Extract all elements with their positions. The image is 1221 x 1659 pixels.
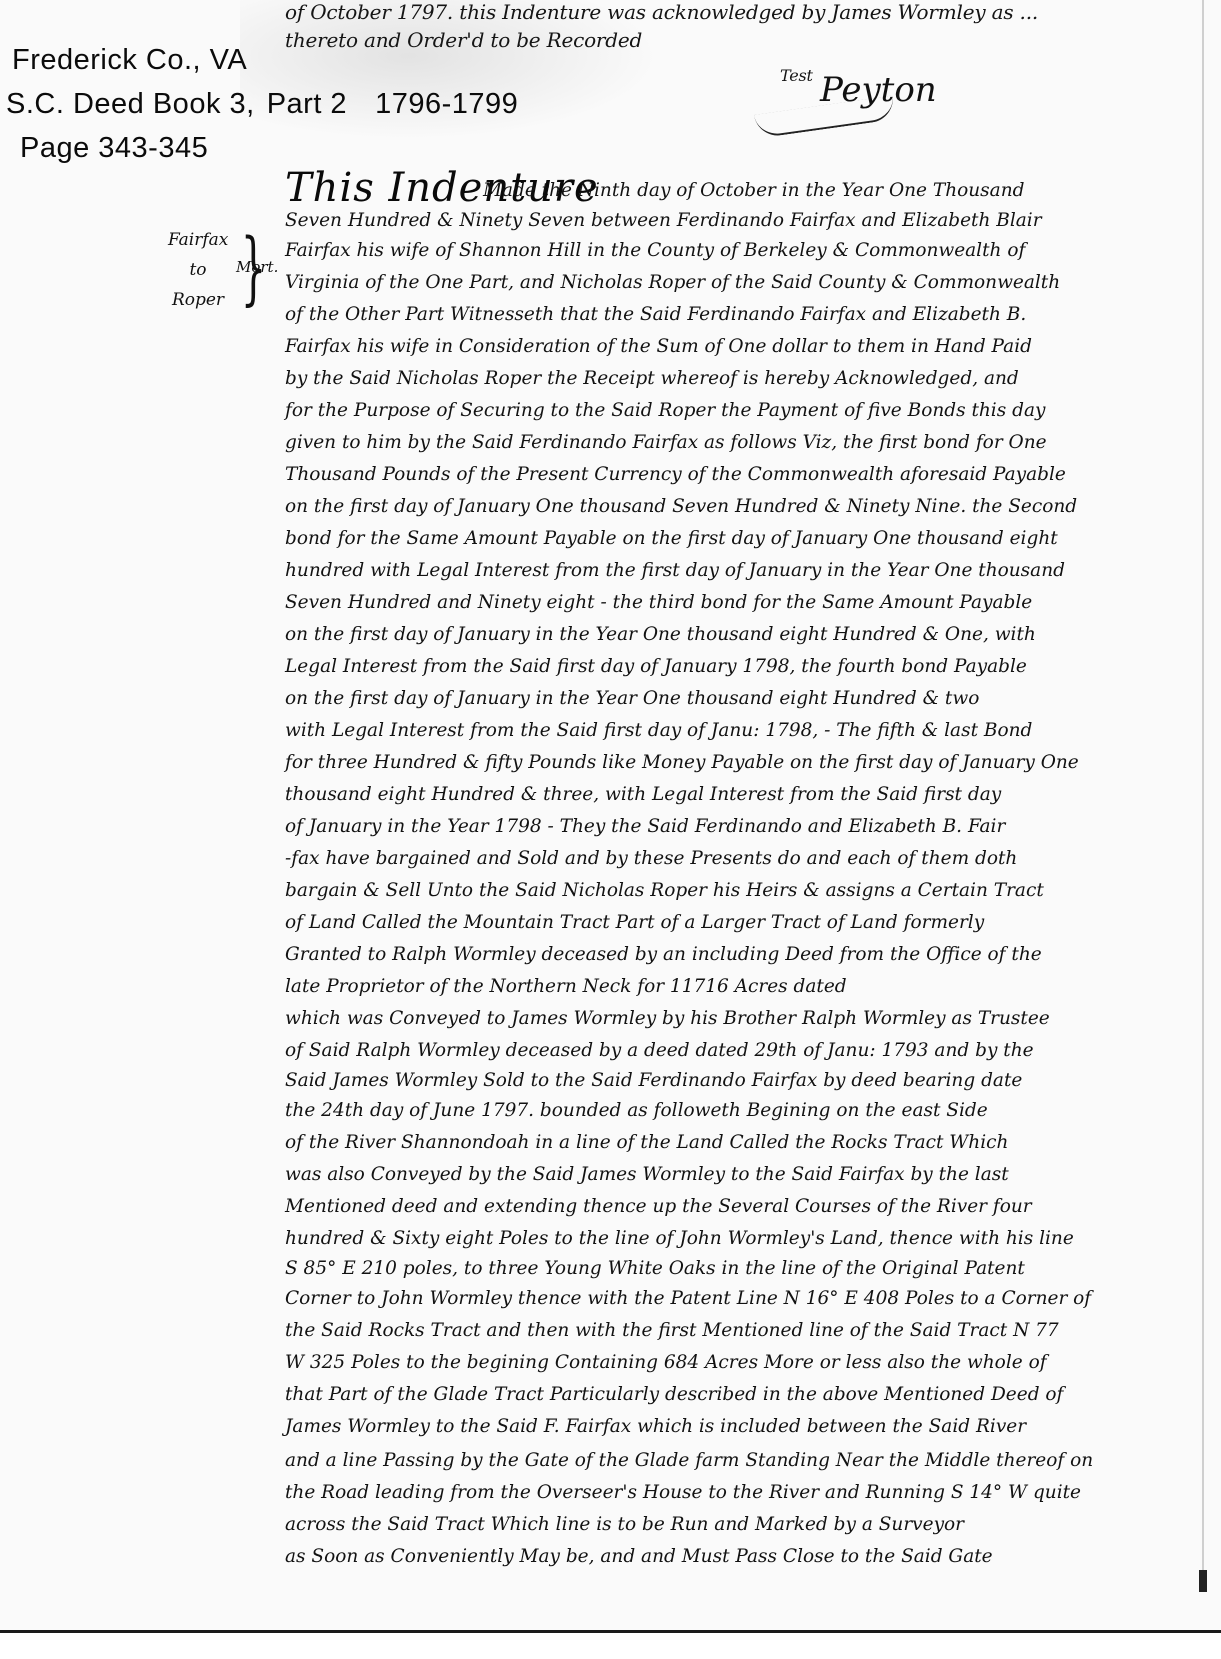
margin-party-to: to	[168, 255, 228, 285]
scan-bottom-margin	[0, 1633, 1221, 1659]
body-line: of the River Shannondoah in a line of th…	[285, 1132, 1008, 1153]
body-line: of January in the Year 1798 - They the S…	[285, 816, 1005, 837]
annotation-county: Frederick Co., VA	[12, 44, 247, 77]
body-line: of Land Called the Mountain Tract Part o…	[285, 912, 984, 933]
body-line: -fax have bargained and Sold and by thes…	[285, 848, 1017, 869]
annotation-book: S.C. Deed Book 3,Part 21796-1799	[6, 88, 518, 121]
body-line: bond for the Same Amount Payable on the …	[285, 528, 1058, 549]
annotation-pages: Page 343-345	[20, 132, 208, 165]
body-line: hundred & Sixty eight Poles to the line …	[285, 1228, 1074, 1249]
annotation-part: Part 2	[267, 88, 347, 120]
body-line: the Road leading from the Overseer's Hou…	[285, 1482, 1081, 1503]
body-line: given to him by the Said Ferdinando Fair…	[285, 432, 1047, 453]
body-line: for three Hundred & fifty Pounds like Mo…	[285, 752, 1079, 773]
margin-note-parties: Fairfax to Roper	[168, 225, 228, 315]
body-line: Mentioned deed and extending thence up t…	[285, 1196, 1032, 1217]
body-line: the Said Rocks Tract and then with the f…	[285, 1320, 1059, 1341]
body-line: Granted to Ralph Wormley deceased by an …	[285, 944, 1042, 965]
previous-entry-line-2: thereto and Order'd to be Recorded	[285, 28, 642, 52]
body-line: by the Said Nicholas Roper the Receipt w…	[285, 368, 1019, 389]
body-line: S 85° E 210 poles, to three Young White …	[285, 1258, 1025, 1279]
page-right-edge	[1202, 0, 1204, 1580]
body-line: Corner to John Wormley thence with the P…	[285, 1288, 1091, 1309]
body-line: late Proprietor of the Northern Neck for…	[285, 976, 847, 997]
body-line: Thousand Pounds of the Present Currency …	[285, 464, 1066, 485]
margin-party-grantee: Roper	[168, 285, 228, 315]
annotation-book-title: S.C. Deed Book 3,	[6, 88, 255, 120]
body-line: as Soon as Conveniently May be, and and …	[285, 1546, 993, 1567]
body-line: thousand eight Hundred & three, with Leg…	[285, 784, 1001, 805]
body-line: Made the Ninth day of October in the Yea…	[483, 180, 1024, 201]
body-line: bargain & Sell Unto the Said Nicholas Ro…	[285, 880, 1044, 901]
body-line: on the first day of January One thousand…	[285, 496, 1077, 517]
body-line: Legal Interest from the Said first day o…	[285, 656, 1027, 677]
annotation-years: 1796-1799	[375, 88, 518, 120]
body-line: for the Purpose of Securing to the Said …	[285, 400, 1045, 421]
body-line: the 24th day of June 1797. bounded as fo…	[285, 1100, 988, 1121]
body-line: Seven Hundred and Ninety eight - the thi…	[285, 592, 1032, 613]
margin-party-grantor: Fairfax	[168, 225, 228, 255]
body-line: which was Conveyed to James Wormley by h…	[285, 1008, 1050, 1029]
body-line: with Legal Interest from the Said first …	[285, 720, 1032, 741]
body-line: across the Said Tract Which line is to b…	[285, 1514, 964, 1535]
body-line: Fairfax his wife of Shannon Hill in the …	[285, 240, 1025, 261]
body-line: W 325 Poles to the begining Containing 6…	[285, 1352, 1047, 1373]
body-line: Fairfax his wife in Consideration of the…	[285, 336, 1032, 357]
body-line: on the first day of January in the Year …	[285, 688, 979, 709]
body-line: and a line Passing by the Gate of the Gl…	[285, 1450, 1093, 1471]
body-line: of Said Ralph Wormley deceased by a deed…	[285, 1040, 1034, 1061]
previous-entry-line-1: of October 1797. this Indenture was ackn…	[285, 0, 1038, 24]
body-line: Said James Wormley Sold to the Said Ferd…	[285, 1070, 1022, 1091]
scanned-page: Frederick Co., VA S.C. Deed Book 3,Part …	[0, 0, 1221, 1630]
body-line: James Wormley to the Said F. Fairfax whi…	[285, 1416, 1026, 1437]
test-label: Test	[780, 66, 813, 85]
body-line: that Part of the Glade Tract Particularl…	[285, 1384, 1063, 1405]
body-line: of the Other Part Witnesseth that the Sa…	[285, 304, 1026, 325]
body-line: hundred with Legal Interest from the fir…	[285, 560, 1065, 581]
margin-note-type: Mort.	[236, 258, 278, 276]
body-line: Virginia of the One Part, and Nicholas R…	[285, 272, 1060, 293]
page-edge-mark	[1199, 1570, 1207, 1592]
body-line: Seven Hundred & Ninety Seven between Fer…	[285, 210, 1042, 231]
body-line: was also Conveyed by the Said James Worm…	[285, 1164, 1009, 1185]
body-line: on the first day of January in the Year …	[285, 624, 1036, 645]
